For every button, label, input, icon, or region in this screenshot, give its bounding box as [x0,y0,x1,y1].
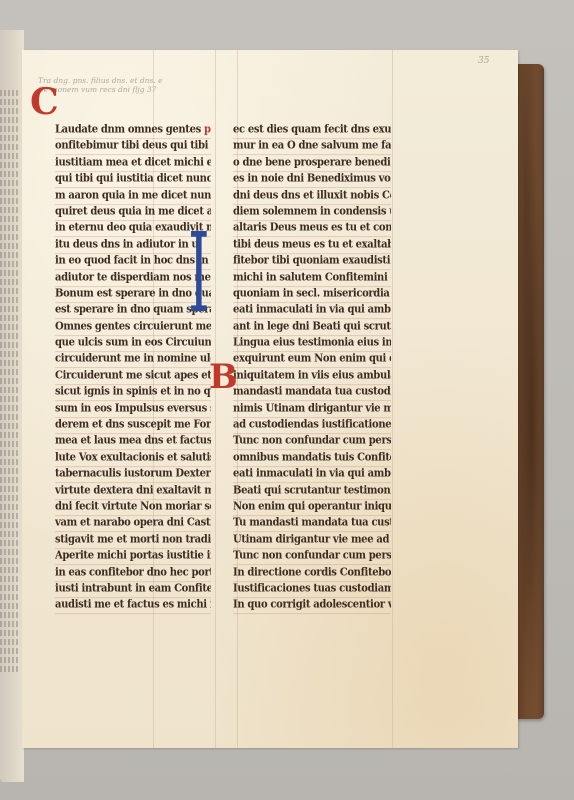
illuminated-initial-b: B [209,360,238,394]
line-text: ant in lege dni Beati qui scrutantur [233,320,391,333]
previous-page-text-line [0,279,18,285]
marginal-annotation: Tra dng. pns. filius dns. et dns. e Ce m… [38,76,208,94]
previous-page-text-line [0,162,18,168]
line-text: onfitebimur tibi deus qui tibi d. [55,139,211,152]
line-text: virtute dextera dni exaltavit me dextera [55,484,211,497]
line-text: Non enim qui operantur iniquitatem in [233,500,391,513]
previous-page-text-line [0,108,18,114]
previous-page-text-line [0,387,18,393]
line-text: que ulcis sum in eos Circuiunt eos [55,336,211,349]
previous-page-text-line [0,369,18,375]
line-text: nimis Utinam dirigantur vie mee [233,402,391,415]
manuscript-page: 35 Tra dng. pns. filius dns. et dns. e C… [22,50,518,748]
line-text: iniquitatem in viis eius ambulaverunt Tu [233,369,391,382]
previous-page-text-line [0,468,18,474]
previous-page-text-line [0,630,18,636]
line-text: eati inmaculati in via qui ambul [233,303,391,316]
line-text: Aperite michi portas iustitie ingress [55,549,211,562]
previous-page-text-line [0,297,18,303]
line-text: mur in ea O dne salvum me fac [233,139,391,152]
previous-page-text-line [0,441,18,447]
previous-page-text-line [0,198,18,204]
illuminated-initial-i: I [188,218,210,328]
previous-page-text-line [0,531,18,537]
previous-page-text-line [0,648,18,654]
previous-page-text-line [0,504,18,510]
line-text: Circuiderunt me sicut apes et exalet [55,369,211,382]
line-text: In quo corrigit adolescentior viam [233,598,391,611]
line-text: Utinam dirigantur vie mee ad cust [233,533,391,546]
rubric-text: ps. lxvi [204,123,211,136]
previous-page-text-line [0,423,18,429]
previous-page-text-line [0,324,18,330]
line-text: eati inmaculati in via qui ambulant in l… [233,467,391,480]
previous-page-text-line [0,153,18,159]
previous-page-edge [0,30,24,782]
previous-page-text-line [0,126,18,132]
previous-page-text-line [0,144,18,150]
previous-page-text-line [0,558,18,564]
previous-page-text-line [0,396,18,402]
previous-page-text-line [0,405,18,411]
previous-page-text-line [0,207,18,213]
line-text: dni fecit virtute Non moriar sed vi [55,500,211,513]
line-text: Iustificaciones tuas custodiam non me de… [233,582,391,595]
line-text: omnibus mandatis tuis Confitebor tibi [233,451,391,464]
previous-page-text-line [0,477,18,483]
line-text: Laudate dnm omnes gentes [55,123,204,136]
previous-page-text-line [0,540,18,546]
previous-page-text-line [0,432,18,438]
text-line: audisti me et factus es michi in salute [55,596,211,615]
line-text: vam et narabo opera dni Castigans ca [55,516,211,529]
line-text: michi in salutem Confitemini dno quoniam… [233,271,391,284]
previous-page-text-line [0,486,18,492]
line-text: stigavit me et morti non tradidit me [55,533,211,546]
previous-page-text-line [0,639,18,645]
line-text: In directione cordis Confitebor tibi [233,566,391,579]
margin-note-line-1: Tra dng. pns. filius dns. et dns. e [38,76,208,85]
leather-binding-edge [514,64,544,719]
ruling-line [392,50,393,748]
line-text: itu deus dns in adiutor in u [55,238,198,251]
previous-page-text-line [0,261,18,267]
previous-page-text-line [0,621,18,627]
line-text: sicut ignis in spinis et in no que ulcis [55,385,211,398]
line-text: mea et laus mea dns et factus est mea sa [55,434,211,447]
ruling-line [215,50,216,748]
line-text: quoniam in secl. misericordia eius. [233,287,391,300]
text-column-left: Laudate dnm omnes gentes ps. lxvionfiteb… [55,122,211,614]
line-text: iustitiam mea et dicet michi esto [55,156,211,169]
previous-page-text-line [0,603,18,609]
previous-page-text-line [0,549,18,555]
previous-page-text-line [0,270,18,276]
previous-page-text-line [0,216,18,222]
previous-page-text-line [0,117,18,123]
previous-page-text-line [0,234,18,240]
previous-page-text-line [0,306,18,312]
line-text: lute Vox exultacionis et salutis in [55,451,211,464]
previous-page-text-line [0,225,18,231]
line-text: mandasti mandata tua custodiri [233,385,391,398]
text-line: In quo corrigit adolescentior viam [233,596,391,615]
previous-page-text-line [0,459,18,465]
line-text: ec est dies quam fecit dns exultemus et … [233,123,391,136]
previous-page-text-line [0,495,18,501]
line-text: Tu mandasti mandata tua custodiri [233,516,391,529]
previous-page-text-line [0,180,18,186]
previous-page-text-line [0,657,18,663]
line-text: Beati qui scrutantur testimonia eius [233,484,391,497]
previous-page-text-line [0,378,18,384]
previous-page-text-line [0,99,18,105]
line-text: qui tibi qui iustitia dicet nunc dicto [55,172,211,185]
line-text: audisti me et factus es michi in salute [55,598,211,611]
previous-page-text-line [0,567,18,573]
previous-page-text-line [0,189,18,195]
illuminated-initial-c: C [30,84,59,120]
line-text: o dne bene prosperare benedictus qui ven… [233,156,391,169]
previous-page-text-line [0,576,18,582]
previous-page-text-line [0,252,18,258]
previous-page-text-line [0,513,18,519]
line-text: Tunc non confundar cum perspexero [233,549,391,562]
previous-page-text-line [0,243,18,249]
previous-page-text-line [0,666,18,672]
line-text: in eas confitebor dno hec porta dni [55,566,211,579]
previous-page-text-line [0,288,18,294]
previous-page-text-line [0,360,18,366]
text-column-right: ec est dies quam fecit dns exultemus et … [233,122,391,614]
previous-page-text-line [0,333,18,339]
line-text: tabernaculis iustorum Dextera dni fe [55,467,211,480]
line-text: derem et dns suscepit me Fortitu [55,418,211,431]
previous-page-text-line [0,594,18,600]
previous-page-text-line [0,585,18,591]
line-text: altaris Deus meus es tu et confitebor [233,221,391,234]
margin-note-line-2: Ce monem vum recs dni fljg 37 [38,85,208,94]
line-text: dni deus dns et illuxit nobis Constituit… [233,189,391,202]
line-text: in eo quod facit in hoc dns in [55,254,208,267]
line-text: Lingua eius testimonia eius in toto cord… [233,336,391,349]
previous-page-text-line [0,171,18,177]
line-text: ad custodiendas iustificationes tuas [233,418,391,431]
folio-number: 35 [478,56,489,66]
line-text: sum in eos Impulsus eversus sum ut ca [55,402,211,415]
previous-page-text-line [0,90,18,96]
previous-page-text-line [0,612,18,618]
line-text: Tunc non confundar cum perspexero in [233,434,391,447]
line-text: iusti intrabunt in eam Confitebor tibi q… [55,582,211,595]
previous-page-text-line [0,522,18,528]
previous-page-text-line [0,342,18,348]
previous-page-text-line [0,135,18,141]
line-text: es in noie dni Benediximus vobis de domo [233,172,391,185]
line-text: tibi deus meus es tu et exaltabo te Con [233,238,391,251]
previous-page-text-line [0,414,18,420]
line-text: diem solemnem in condensis usque ad corn… [233,205,391,218]
previous-page-text-line [0,315,18,321]
line-text: exquirunt eum Non enim qui operantur [233,353,391,366]
line-text: circuiderunt me in nomine ulcis sum eos [55,353,211,366]
line-text: m aaron quia in me dicet nunc [55,189,211,202]
line-text: fitebor tibi quoniam exaudisti me et fac… [233,254,391,267]
previous-page-text-line [0,450,18,456]
previous-page-text-line [0,351,18,357]
